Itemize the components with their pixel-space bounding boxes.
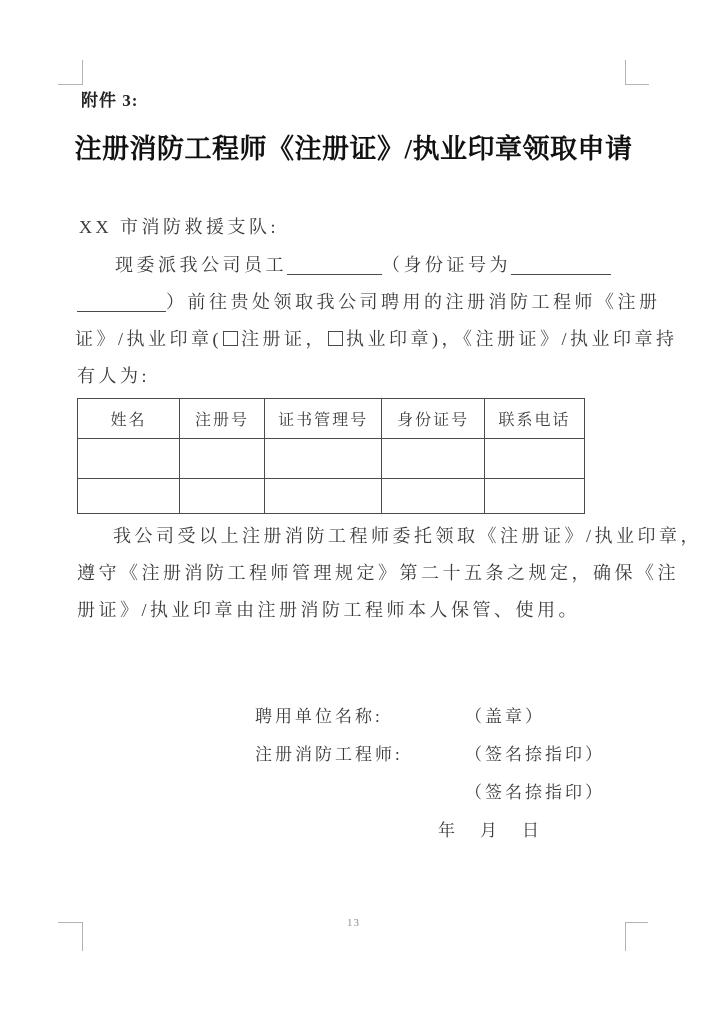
second-signature-row: （签名捺指印）	[255, 778, 655, 816]
para1-line4: 有人为:	[77, 362, 150, 388]
table-cell[interactable]	[78, 439, 180, 479]
date-line: 年 月 日	[255, 816, 655, 854]
employer-name-label: 聘用单位名称:	[255, 702, 465, 727]
employer-stamp-note: （盖章）	[465, 702, 655, 727]
table-row	[78, 479, 585, 514]
table-cell[interactable]	[382, 479, 485, 514]
para1-line1: 现委派我公司员工（身份证号为	[115, 251, 611, 277]
checkbox-registration-cert-label: 注册证，	[241, 329, 327, 349]
document-page: 附件 3: 注册消防工程师《注册证》/执业印章领取申请 XX 市消防救援支队: …	[0, 0, 707, 1009]
para1-line2-text: ）前往贵处领取我公司聘用的注册消防工程师《注册	[166, 292, 661, 312]
document-title: 注册消防工程师《注册证》/执业印章领取申请	[0, 127, 707, 166]
para2-line2: 遵守《注册消防工程师管理规定》第二十五条之规定，确保《注	[77, 559, 679, 585]
salutation: XX 市消防救援支队:	[79, 213, 279, 239]
engineer-label: 注册消防工程师:	[255, 740, 465, 765]
para1-line2: ）前往贵处领取我公司聘用的注册消防工程师《注册	[77, 288, 661, 314]
checkbox-practice-seal-icon[interactable]	[328, 331, 343, 346]
page-number: 13	[0, 917, 707, 929]
crop-mark-top-right	[625, 60, 649, 85]
table-header-id-no: 身份证号	[382, 399, 485, 439]
engineer-sign-note: （签名捺指印）	[465, 740, 655, 765]
para2-line3: 册证》/执业印章由注册消防工程师本人保管、使用。	[77, 596, 580, 622]
signature-block: 聘用单位名称: （盖章） 注册消防工程师: （签名捺指印） （签名捺指印） 年 …	[255, 702, 655, 854]
id-number-blank-part2[interactable]	[77, 291, 166, 312]
crop-mark-top-left	[58, 60, 83, 85]
table-cell[interactable]	[179, 479, 264, 514]
table-cell[interactable]	[485, 439, 585, 479]
table-header-name: 姓名	[78, 399, 180, 439]
engineer-info-table: 姓名 注册号 证书管理号 身份证号 联系电话	[77, 398, 585, 514]
table-cell[interactable]	[485, 479, 585, 514]
para1-line3: 证》/执业印章(注册证，执业印章)，《注册证》/执业印章持	[75, 325, 678, 351]
table-cell[interactable]	[382, 439, 485, 479]
para2-line1: 我公司受以上注册消防工程师委托领取《注册证》/执业印章，	[113, 522, 702, 548]
table-cell[interactable]	[265, 479, 382, 514]
table-cell[interactable]	[179, 439, 264, 479]
table-cell[interactable]	[265, 439, 382, 479]
table-cell[interactable]	[78, 479, 180, 514]
engineer-signature-row: 注册消防工程师: （签名捺指印）	[255, 740, 655, 778]
second-sign-note: （签名捺指印）	[465, 778, 655, 803]
employee-name-blank[interactable]	[287, 254, 382, 275]
attachment-label: 附件 3:	[81, 86, 138, 111]
para1-line1-text1: 现委派我公司员工	[115, 255, 287, 275]
para1-line1-text2: （身份证号为	[382, 255, 511, 275]
employer-signature-row: 聘用单位名称: （盖章）	[255, 702, 655, 740]
table-row	[78, 439, 585, 479]
checkbox-registration-cert-icon[interactable]	[223, 331, 238, 346]
table-header-phone: 联系电话	[485, 399, 585, 439]
table-header-cert-mgmt-no: 证书管理号	[265, 399, 382, 439]
para1-line3-text2: 执业印章)，《注册证》/执业印章持	[346, 329, 678, 349]
table-header-row: 姓名 注册号 证书管理号 身份证号 联系电话	[78, 399, 585, 439]
para1-line3-text1: 证》/执业印章(	[75, 329, 222, 349]
id-number-blank-part1[interactable]	[511, 254, 611, 275]
table-header-registration-no: 注册号	[179, 399, 264, 439]
